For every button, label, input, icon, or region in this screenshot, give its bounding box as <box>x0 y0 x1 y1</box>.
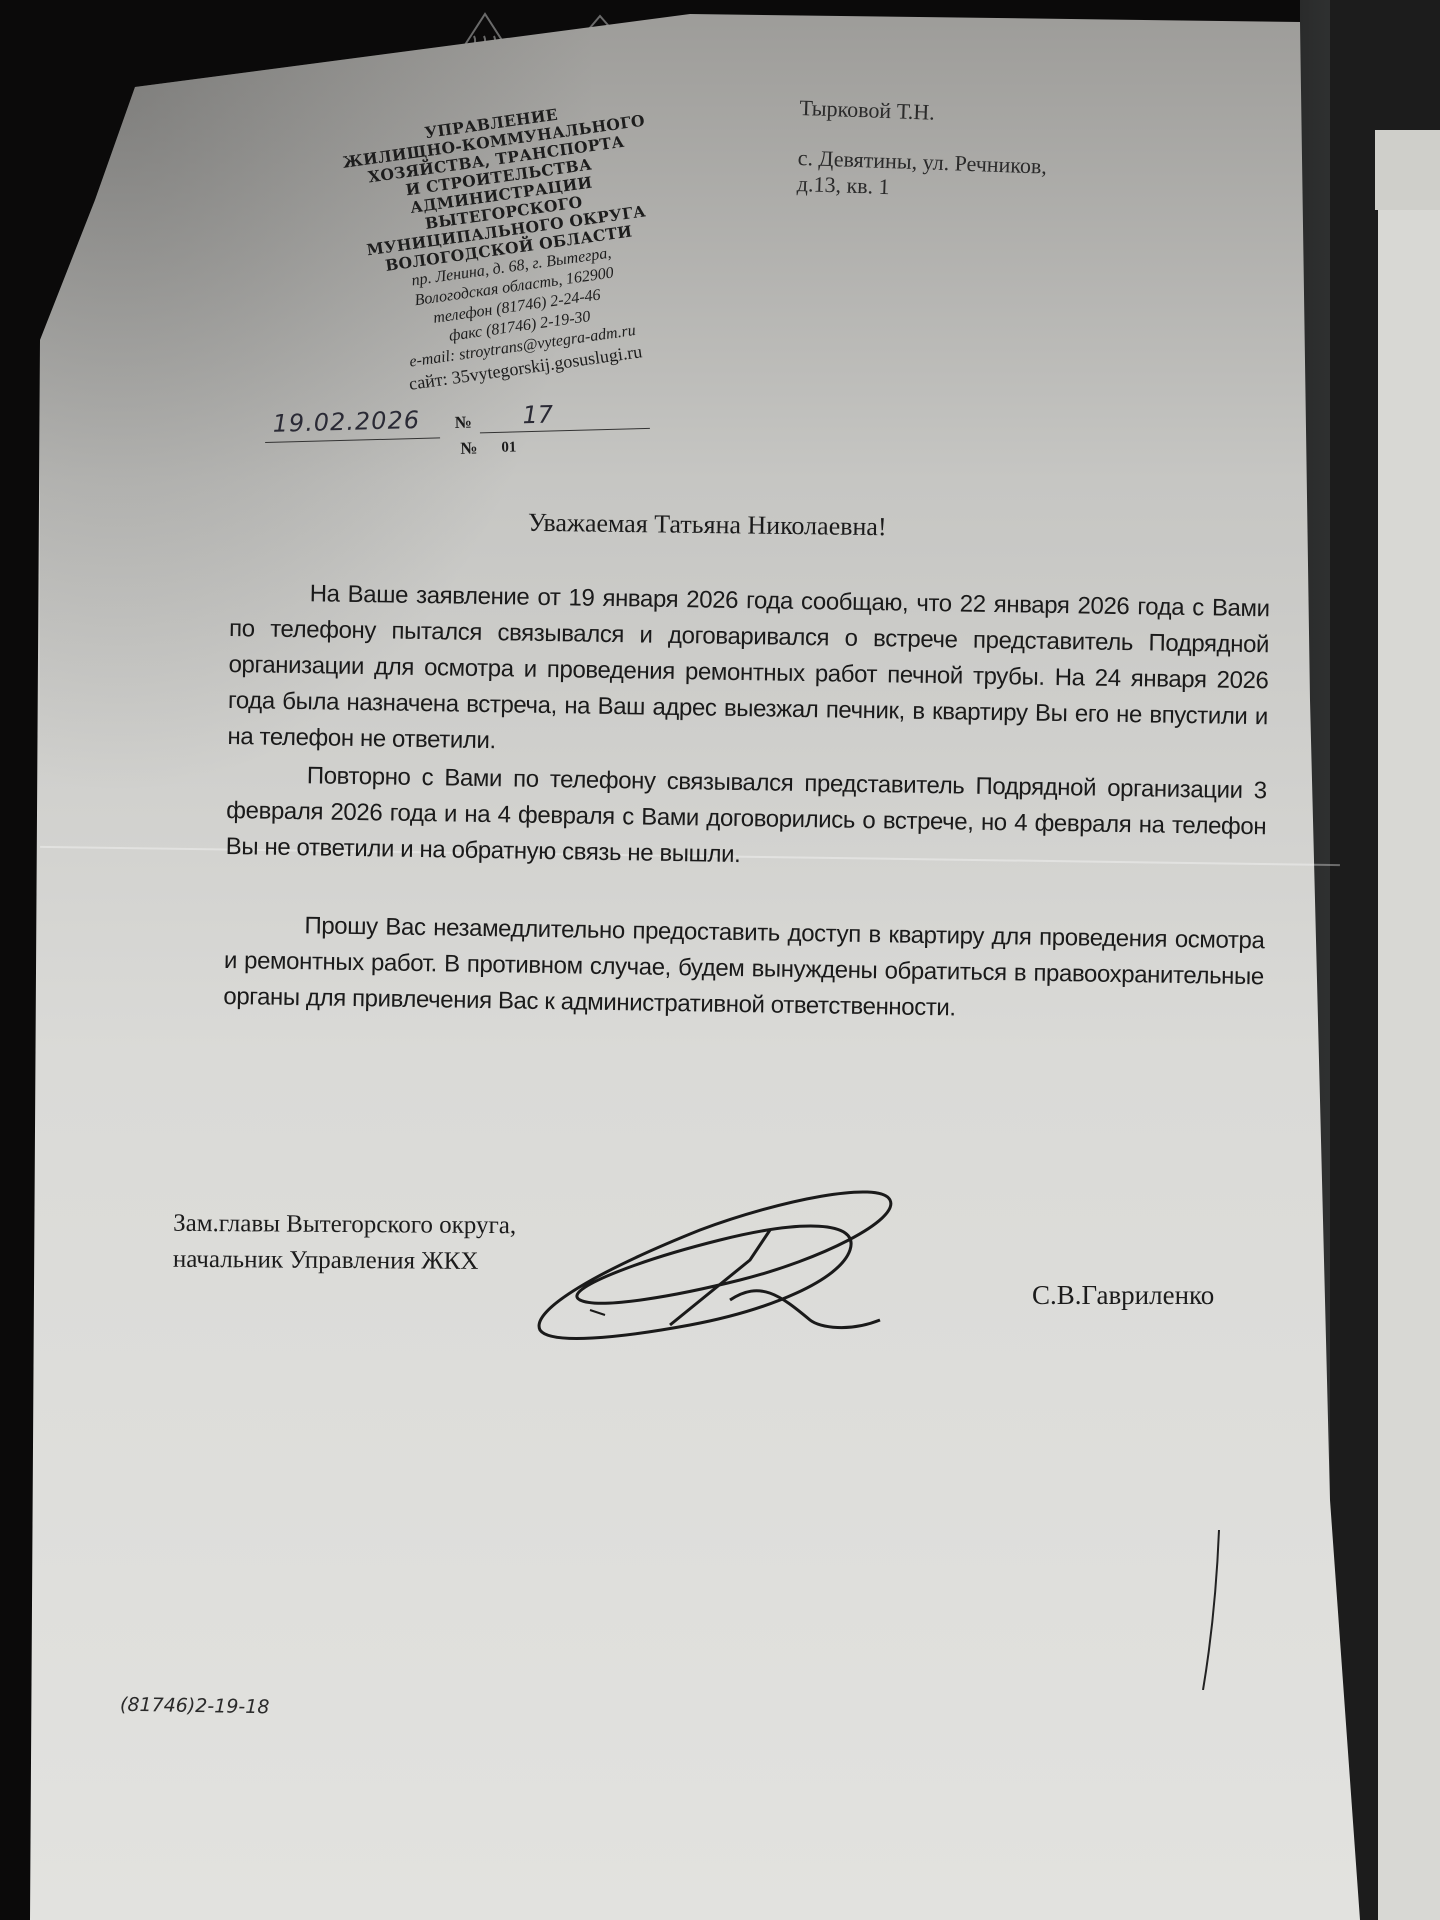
registration-block: 19.02.2026 № 17 № 01 <box>264 400 645 470</box>
body-paragraph: На Ваше заявление от 19 января 2026 года… <box>227 575 1270 771</box>
signer-title: Зам.главы Вытегорского округа, начальник… <box>173 1206 516 1280</box>
body-paragraph: Прошу Вас незамедлительно предоставить д… <box>223 907 1265 1031</box>
signer-title-line2: начальник Управления ЖКХ <box>173 1242 516 1280</box>
number-underline <box>480 428 650 433</box>
pen-mark <box>1195 1530 1225 1690</box>
signer-title-line1: Зам.главы Вытегорского округа, <box>173 1206 516 1244</box>
handwritten-signature <box>520 1160 920 1350</box>
body-paragraph: Повторно с Вами по телефону связывался п… <box>225 757 1267 881</box>
registration-number: 17 <box>522 400 553 429</box>
reference-number: 01 <box>501 439 516 456</box>
background-light-panel <box>1375 130 1440 210</box>
signer-name: С.В.Гавриленко <box>1032 1280 1214 1311</box>
letter-body: На Ваше заявление от 19 января 2026 года… <box>223 575 1270 1031</box>
registration-date: 19.02.2026 <box>272 406 420 438</box>
addressee-block: Тырковой Т.Н. с. Девятины, ул. Речников,… <box>796 95 1179 210</box>
background-light-panel-lower <box>1378 210 1440 1920</box>
salutation: Уважаемая Татьяна Николаевна! <box>528 508 887 542</box>
date-underline <box>265 437 440 443</box>
executor-phone: (81746)2-19-18 <box>120 1694 270 1719</box>
letterhead: УПРАВЛЕНИЕ ЖИЛИЩНО-КОММУНАЛЬНОГО ХОЗЯЙСТ… <box>292 87 725 406</box>
reference-number-label: № <box>460 438 478 458</box>
registration-number-label: № <box>454 413 472 433</box>
